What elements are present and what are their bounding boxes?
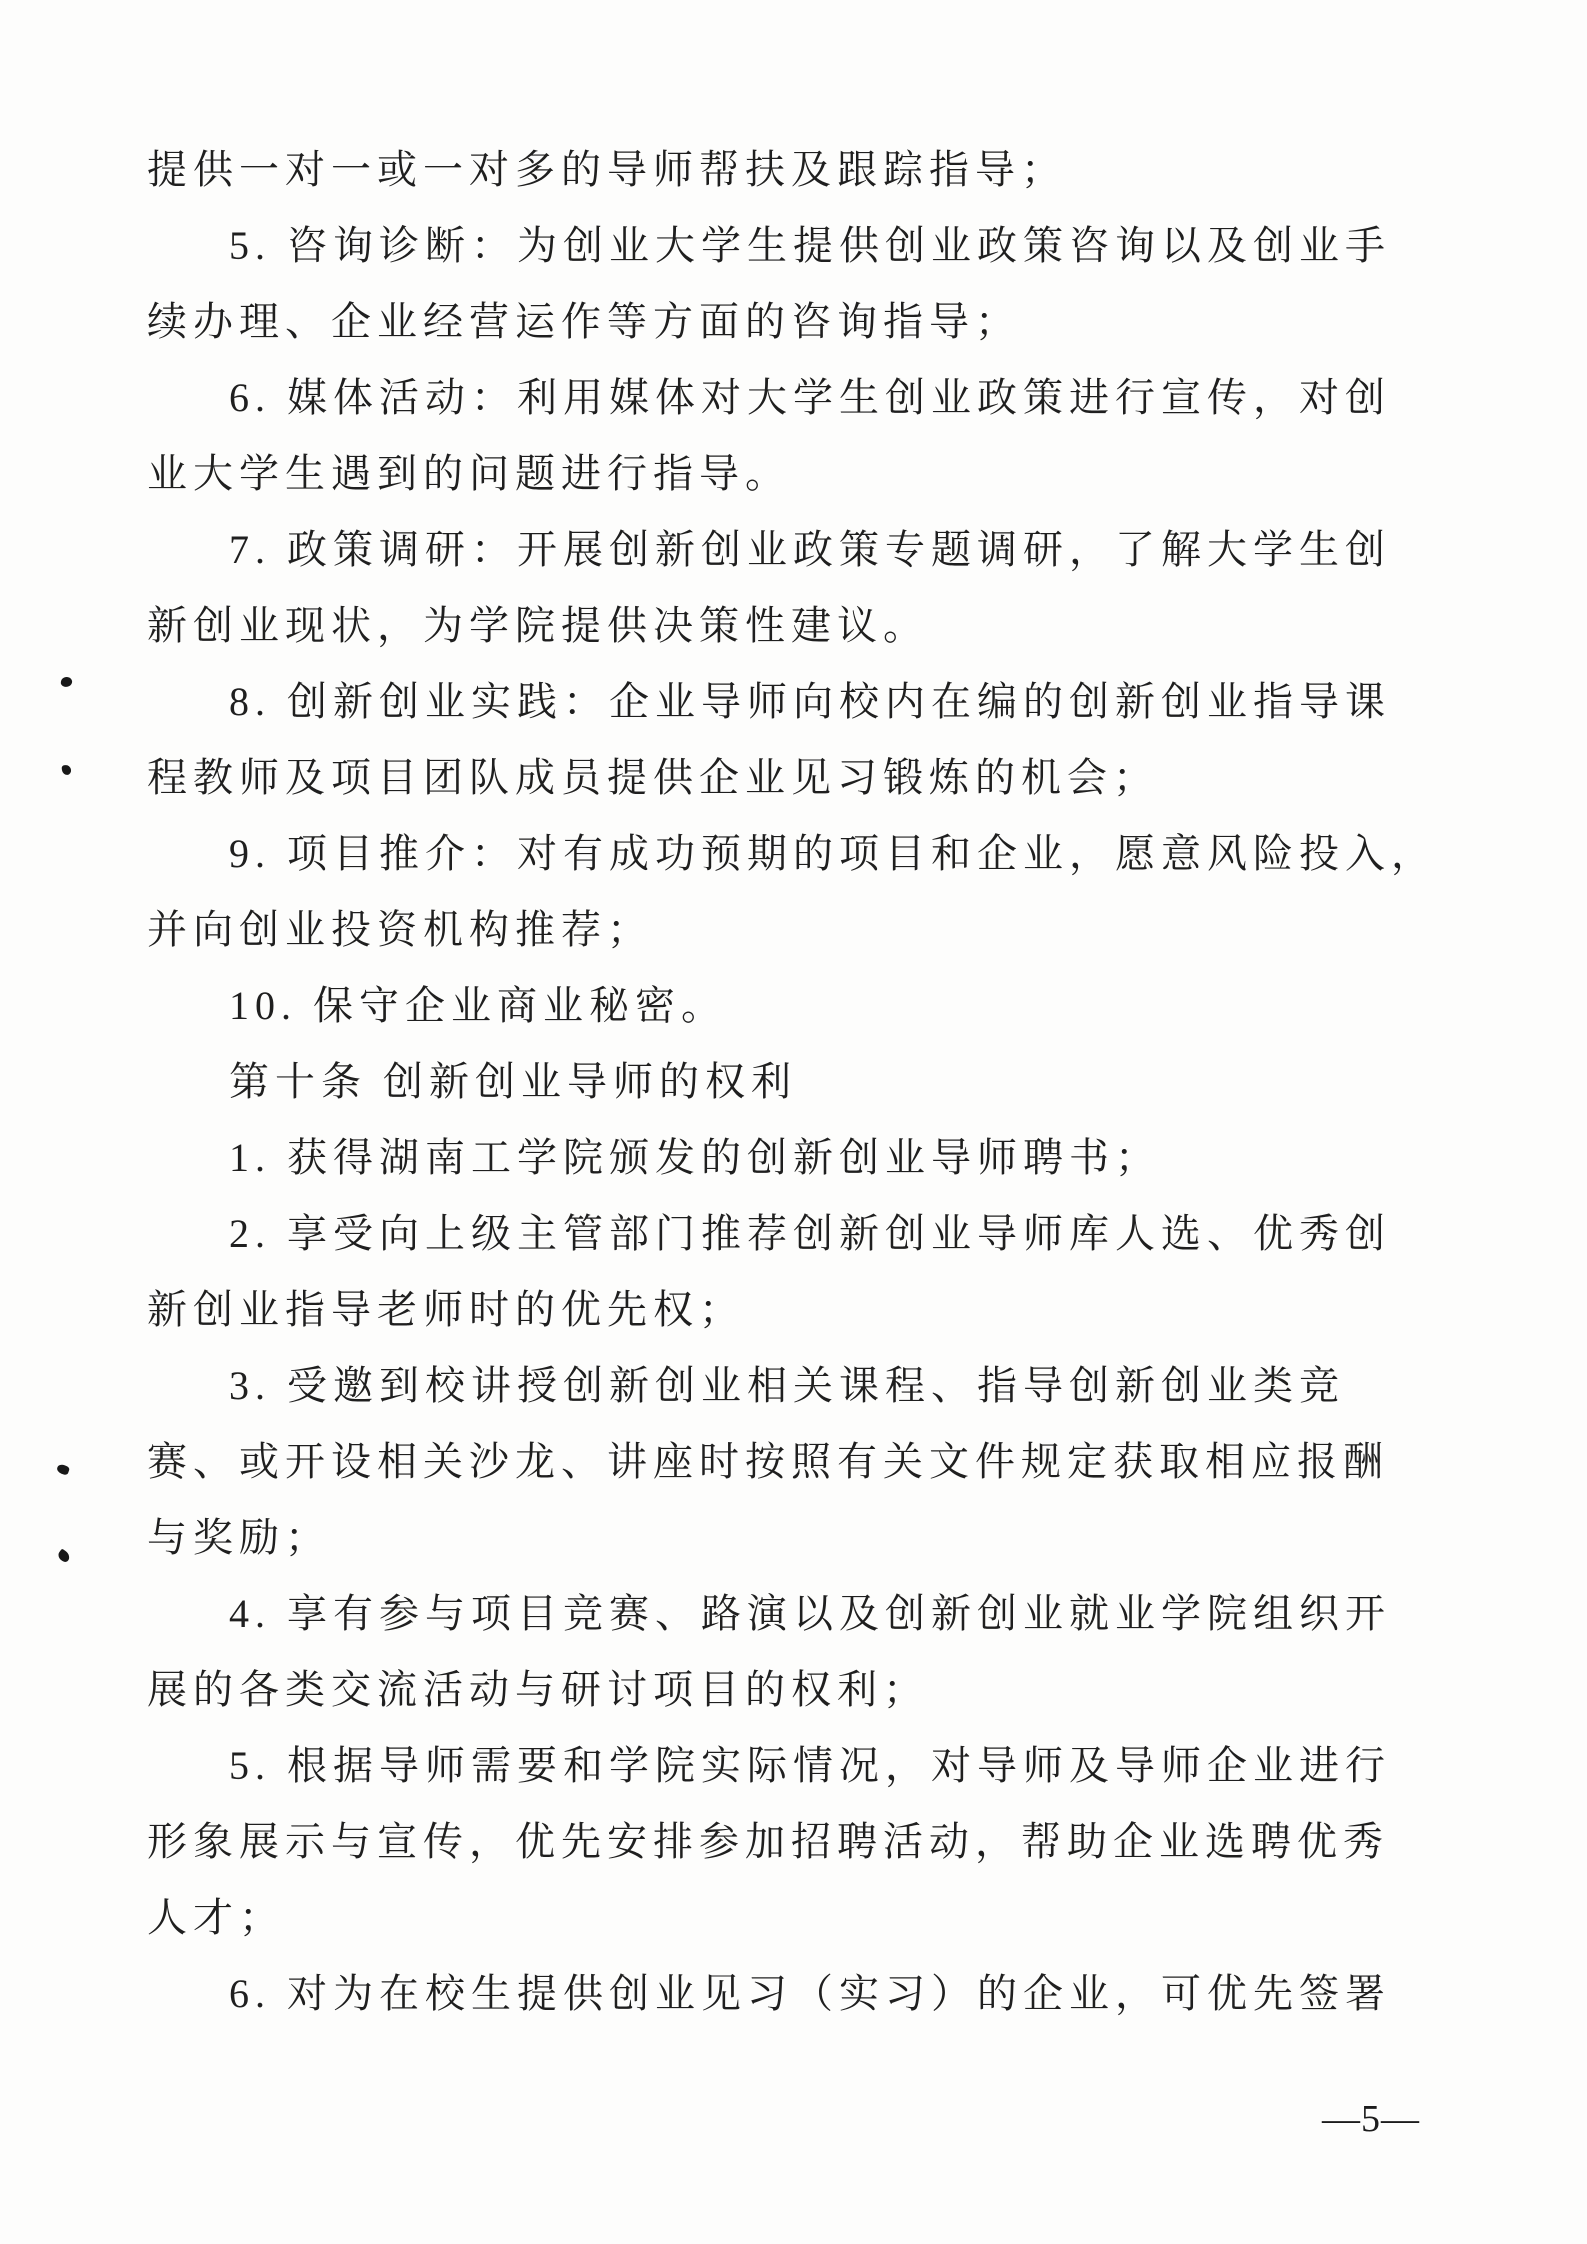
text-line: 10. 保守企业商业秘密。 [147, 968, 1457, 1044]
text-line: 赛、或开设相关沙龙、讲座时按照有关文件规定获取相应报酬 [147, 1424, 1457, 1500]
text-line: 续办理、企业经营运作等方面的咨询指导； [147, 284, 1457, 360]
text-line: 6. 对为在校生提供创业见习（实习）的企业，可优先签署 [147, 1956, 1457, 2032]
text-line: 提供一对一或一对多的导师帮扶及跟踪指导； [147, 132, 1457, 208]
page-number: —5— [1322, 2098, 1420, 2140]
text-line: 新创业现状，为学院提供决策性建议。 [147, 588, 1457, 664]
ink-blot-artifact [60, 676, 73, 688]
text-line: 业大学生遇到的问题进行指导。 [147, 436, 1457, 512]
text-line: 6. 媒体活动：利用媒体对大学生创业政策进行宣传，对创 [147, 360, 1457, 436]
text-line: 9. 项目推介：对有成功预期的项目和企业，愿意风险投入， [147, 816, 1457, 892]
ink-blot-artifact [56, 1548, 72, 1563]
text-line: 3. 受邀到校讲授创新创业相关课程、指导创新创业类竞 [147, 1348, 1457, 1424]
text-line: 2. 享受向上级主管部门推荐创新创业导师库人选、优秀创 [147, 1196, 1457, 1272]
ink-blot-artifact [61, 764, 71, 775]
text-line: 8. 创新创业实践：企业导师向校内在编的创新创业指导课 [147, 664, 1457, 740]
text-line: 人才； [147, 1880, 1457, 1956]
text-line: 新创业指导老师时的优先权； [147, 1272, 1457, 1348]
ink-blot-artifact [56, 1463, 70, 1476]
text-line: 并向创业投资机构推荐； [147, 892, 1457, 968]
text-line: 展的各类交流活动与研讨项目的权利； [147, 1652, 1457, 1728]
text-line: 1. 获得湖南工学院颁发的创新创业导师聘书； [147, 1120, 1457, 1196]
text-line: 5. 咨询诊断：为创业大学生提供创业政策咨询以及创业手 [147, 208, 1457, 284]
text-line: 程教师及项目团队成员提供企业见习锻炼的机会； [147, 740, 1457, 816]
document-page: 提供一对一或一对多的导师帮扶及跟踪指导；5. 咨询诊断：为创业大学生提供创业政策… [0, 0, 1587, 2244]
text-line: 形象展示与宣传，优先安排参加招聘活动，帮助企业选聘优秀 [147, 1804, 1457, 1880]
body-text: 提供一对一或一对多的导师帮扶及跟踪指导；5. 咨询诊断：为创业大学生提供创业政策… [147, 132, 1457, 2032]
text-line: 7. 政策调研：开展创新创业政策专题调研，了解大学生创 [147, 512, 1457, 588]
text-line: 4. 享有参与项目竞赛、路演以及创新创业就业学院组织开 [147, 1576, 1457, 1652]
text-line: 5. 根据导师需要和学院实际情况，对导师及导师企业进行 [147, 1728, 1457, 1804]
text-line: 与奖励； [147, 1500, 1457, 1576]
text-line: 第十条 创新创业导师的权利 [147, 1044, 1457, 1120]
